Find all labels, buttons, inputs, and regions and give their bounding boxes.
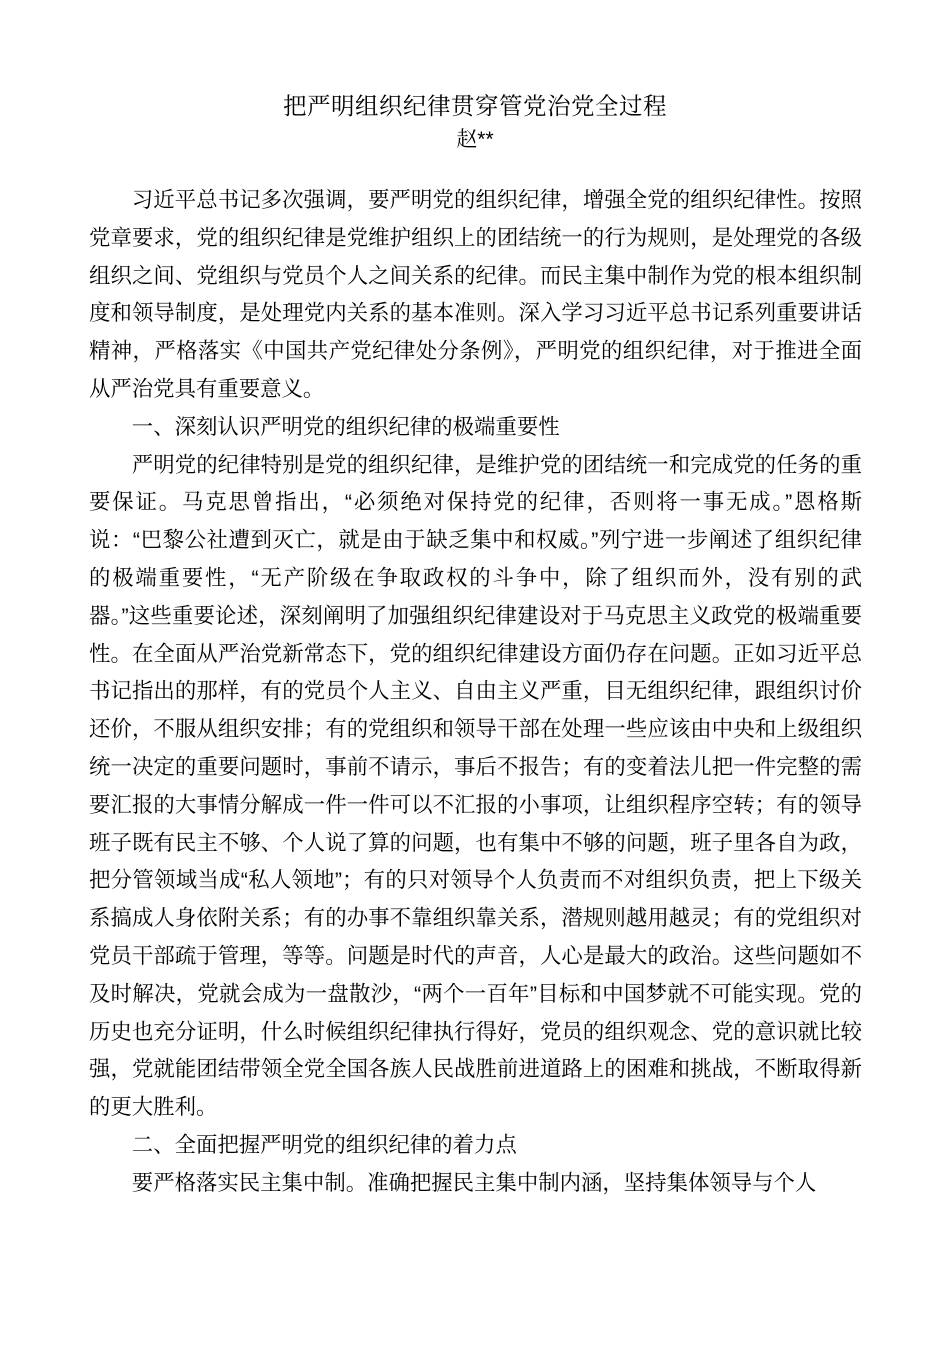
document-body: 习近平总书记多次强调，要严明党的组织纪律，增强全党的组织纪律性。按照党章要求，党… <box>89 182 862 1203</box>
paragraph-intro: 习近平总书记多次强调，要严明党的组织纪律，增强全党的组织纪律性。按照党章要求，党… <box>89 182 862 409</box>
section-heading-2: 二、全面把握严明党的组织纪律的着力点 <box>89 1127 862 1165</box>
section-heading-1: 一、深刻认识严明党的组织纪律的极端重要性 <box>89 409 862 447</box>
document-title: 把严明组织纪律贯穿管党治党全过程 <box>0 0 950 122</box>
document-page: 把严明组织纪律贯穿管党治党全过程 赵** 习近平总书记多次强调，要严明党的组织纪… <box>0 0 950 1345</box>
paragraph-section-2-partial: 要严格落实民主集中制。准确把握民主集中制内涵，坚持集体领导与个人 <box>89 1165 862 1203</box>
paragraph-section-1: 严明党的纪律特别是党的组织纪律，是维护党的团结统一和完成党的任务的重要保证。马克… <box>89 447 862 1127</box>
document-author: 赵** <box>0 126 950 154</box>
